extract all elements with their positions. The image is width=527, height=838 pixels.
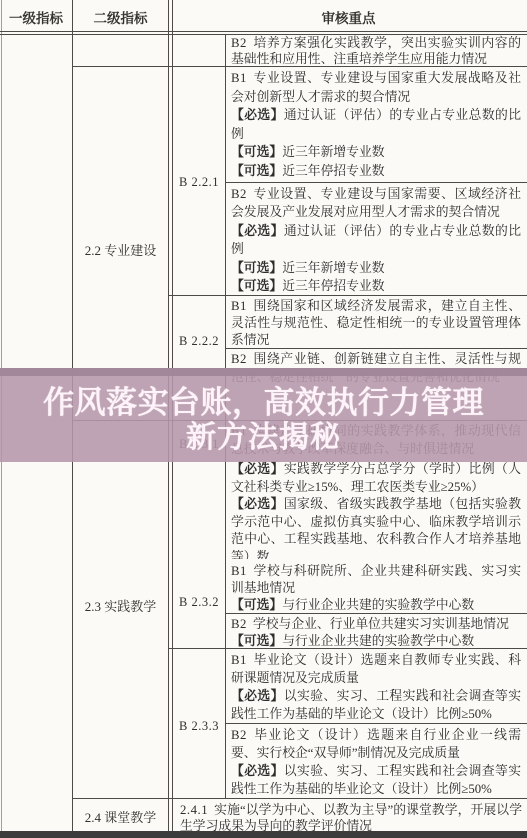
review-item: 【必选】通过认证（评估）的专业占专业总数的比例 [231,106,521,143]
item-tag: 【可选】 [231,164,282,178]
review-item: 【可选】与行业企业共建的实验教学中心数 [231,597,521,613]
item-tag: B2 [231,728,247,742]
item-tag: B1 [231,71,247,85]
section-label-2-3: 2.3 实践教学 [73,596,168,615]
item-text: 培养方案强化实践教学，突出实验实训内容的基础性和应用性、注重培养学生应用能力情况 [231,36,521,66]
cell-b233-b1: B1毕业论文（设计）选题来自教师专业实践、科研课题情况及完成质量 【必选】以实验… [226,649,526,722]
item-text: 围绕国家和区域经济发展需求，建立自主性、灵活性与规范性、稳定性相统一的专业设置管… [231,299,521,347]
section-label-2-2: 2.2 专业建设 [73,240,168,259]
item-tag: 【必选】 [231,462,284,476]
caption-line2: 新方法揭秘 [0,422,527,454]
item-text: 专业设置、专业建设与国家重大发展战略及社会对创新型人才需求的契合情况 [231,71,521,104]
cell-b222-b1: B1围绕国家和区域经济发展需求，建立自主性、灵活性与规范性、稳定性相统一的专业设… [226,296,526,348]
review-item: 【可选】近三年停招专业数 [231,277,521,295]
item-text: 实施“以学为中心、以教为主导”的课堂教学，开展以学生学习成果为导向的教学评价情况 [180,803,522,831]
item-tag: B2 [231,352,247,366]
review-item: 【必选】实践教学学分占总学分（学时）比例（人文社科类专业≥15%、理工农医类专业… [231,461,521,496]
item-tag: 【可选】 [231,261,282,275]
grid-line [225,182,527,183]
item-tag: 【可选】 [231,145,282,159]
grid-line [168,648,527,649]
header-review-focus: 审核重点 [170,7,527,27]
item-text: 近三年新增专业数 [282,261,384,275]
cell-b221-b2: B2专业设置、专业建设与国家需要、区域经济社会发展及产业发展对应用型人才需求的契… [226,183,526,295]
item-tag: 2.4.1 [180,803,208,817]
review-item: 【可选】近三年停招专业数 [231,162,521,181]
cell-241: 2.4.1实施“以学为中心、以教为主导”的课堂教学，开展以学生学习成果为导向的教… [175,799,527,831]
item-tag: B2 [231,36,247,50]
item-tag: 【必选】 [231,764,284,778]
item-tag: B1 [231,299,247,313]
grid-line [225,613,527,614]
review-item: 【必选】以实验、实习、工程实践和社会调查等实践性工作为基础的毕业论文（设计）比例… [231,687,521,722]
review-item: 【可选】近三年新增专业数 [231,143,521,162]
item-text: 近三年新增专业数 [282,145,384,159]
review-item: 【必选】以实验、实习、工程实践和社会调查等实践性工作为基础的毕业论文（设计）比例… [231,762,521,797]
review-item: 【可选】近三年新增专业数 [231,259,521,277]
review-item: B2学校与企业、行业单位共建实习实训基地情况 [231,616,521,633]
code-b232: B 2.3.2 [173,595,225,610]
cell-b233-b2: B2毕业论文（设计）选题来自行业企业一线需要、实行校企“双导师”制情况及完成质量… [226,724,526,797]
code-b233: B 2.3.3 [173,719,225,734]
item-text: 专业设置、专业建设与国家需要、区域经济社会发展及产业发展对应用型人才需求的契合情… [231,187,521,219]
grid-line [72,66,527,67]
code-b222: B 2.2.2 [173,334,225,349]
item-tag: 【必选】 [231,689,284,703]
cell-prev-b2: B2培养方案强化实践教学，突出实验实训内容的基础性和应用性、注重培养学生应用能力… [226,34,526,67]
caption-text: 作风落实台账，高效执行力管理 新方法揭秘 [0,368,527,454]
item-tag: B1 [231,564,247,578]
item-tag: B1 [231,653,247,667]
review-item: 2.4.1实施“以学为中心、以教为主导”的课堂教学，开展以学生学习成果为导向的教… [180,802,522,831]
review-item: B1毕业论文（设计）选题来自教师专业实践、科研课题情况及完成质量 [231,651,521,687]
item-text: 与行业企业共建的实验教学中心数 [282,598,474,612]
grid-line [225,723,527,724]
cell-b232-b2: B2学校与企业、行业单位共建实习实训基地情况 【可选】与行业企业共建的实验教学中… [226,614,526,647]
cell-b231-required: 【必选】实践教学学分占总学分（学时）比例（人文社科类专业≥15%、理工农医类专业… [226,459,526,559]
grid-line [0,31,527,32]
review-item: B1专业设置、专业建设与国家重大发展战略及社会对创新型人才需求的契合情况 [231,69,521,106]
grid-line [225,348,527,349]
review-item: 【必选】国家级、省级实践教学基地（包括实验教学示范中心、虚拟仿真实验中心、临床教… [231,496,521,559]
caption-overlay: 作风落实台账，高效执行力管理 新方法揭秘 [0,368,527,462]
item-tag: 【可选】 [231,279,282,293]
review-item: B1学校与科研院所、企业共建科研实践、实习实训基地情况 [231,563,521,597]
header-level1: 一级指标 [0,7,72,27]
item-text: 毕业论文（设计）选题来自行业企业一线需要、实行校企“双导师”制情况及完成质量 [231,728,521,760]
item-text: 学校与科研院所、企业共建科研实践、实习实训基地情况 [231,564,521,595]
item-text: 毕业论文（设计）选题来自教师专业实践、科研课题情况及完成质量 [231,653,521,685]
review-item: B2专业设置、专业建设与国家需要、区域经济社会发展及产业发展对应用型人才需求的契… [231,185,521,222]
item-tag: 【必选】 [231,224,284,238]
item-text: 学校与企业、行业单位共建实习实训基地情况 [253,617,509,631]
item-tag: B2 [231,617,247,631]
document-page: 一级指标 二级指标 审核重点 2.2 专业建设 2.3 实践教学 2.4 课堂教… [0,0,527,838]
review-item: 【可选】与行业企业共建的实验教学中心数 [231,633,521,648]
review-item: B2毕业论文（设计）选题来自行业企业一线需要、实行校企“双导师”制情况及完成质量 [231,726,521,762]
grid-line [168,295,527,296]
item-text: 与行业企业共建的实验教学中心数 [282,634,474,648]
caption-line1: 作风落实台账，高效执行力管理 [0,384,527,422]
header-level2: 二级指标 [72,7,169,27]
cell-b221-b1: B1专业设置、专业建设与国家重大发展战略及社会对创新型人才需求的契合情况 【必选… [226,67,526,182]
review-item: B2培养方案强化实践教学，突出实验实训内容的基础性和应用性、注重培养学生应用能力… [231,36,521,67]
code-b221: B 2.2.1 [173,175,225,190]
item-tag: 【必选】 [231,497,284,511]
grid-line [0,34,527,35]
review-item: B1围绕国家和区域经济发展需求，建立自主性、灵活性与规范性、稳定性相统一的专业设… [231,298,521,348]
cell-b232-b1: B1学校与科研院所、企业共建科研实践、实习实训基地情况 【可选】与行业企业共建的… [226,561,526,613]
item-tag: 【必选】 [231,108,284,122]
review-item: 【必选】通过认证（评估）的专业占专业总数的比例 [231,222,521,259]
item-text: 近三年停招专业数 [282,164,384,178]
item-tag: B2 [231,187,247,201]
bottom-band [0,831,527,838]
item-text: 近三年停招专业数 [282,279,384,293]
section-label-2-4: 2.4 课堂教学 [73,807,168,826]
item-tag: 【可选】 [231,598,282,612]
item-tag: 【可选】 [231,634,282,648]
grid-line [72,798,527,799]
